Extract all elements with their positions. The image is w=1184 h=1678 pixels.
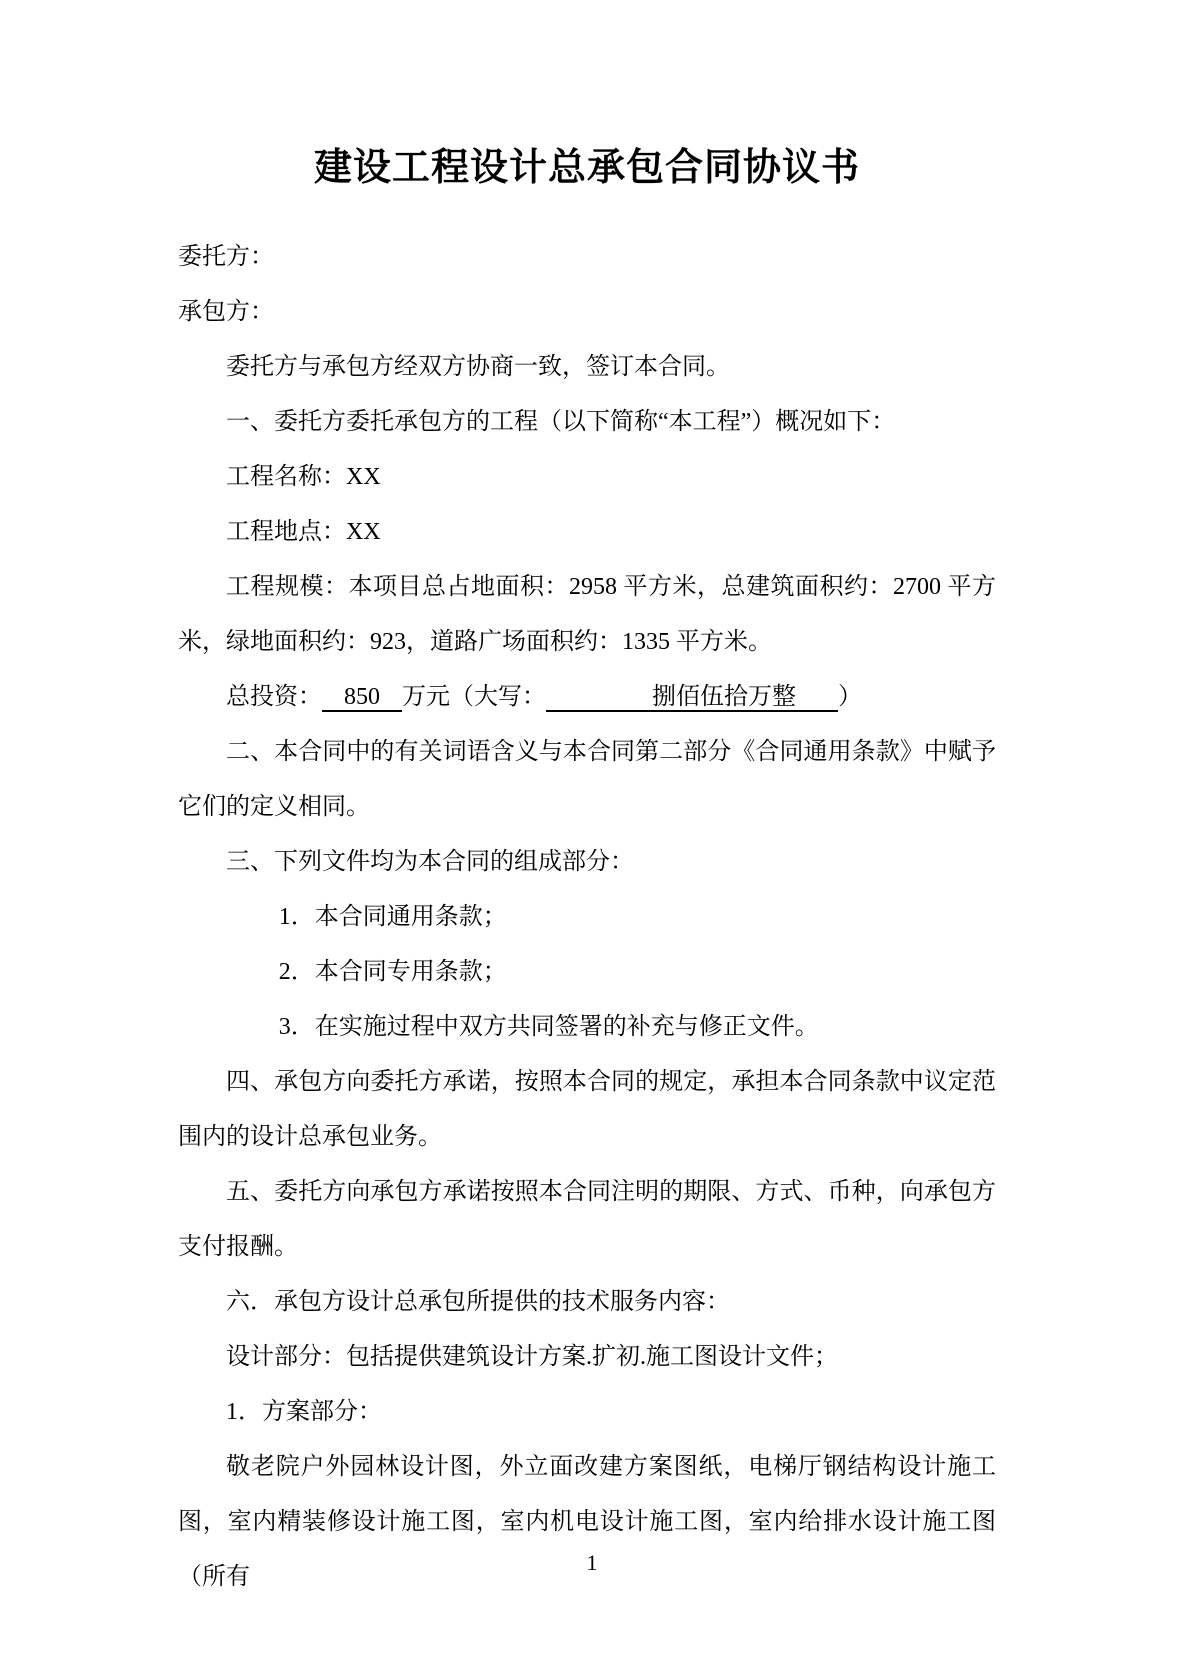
paragraph-contractor-label: 承包方： — [178, 285, 996, 340]
paragraph-project-name: 工程名称：XX — [178, 450, 996, 505]
investment-amount-words: 捌佰伍拾万整 — [546, 684, 838, 712]
document-content: 建设工程设计总承包合同协议书 委托方： 承包方： 委托方与承包方经双方协商一致，… — [178, 0, 996, 1605]
paragraph-clause-1: 一、委托方委托承包方的工程（以下简称“本工程”）概况如下： — [178, 395, 996, 450]
list-item-1: 1．本合同通用条款； — [178, 890, 996, 945]
paragraph-clause-2: 二、本合同中的有关词语含义与本合同第二部分《合同通用条款》中赋予它们的定义相同。 — [178, 725, 996, 835]
paragraph-design-scope: 设计部分：包括提供建筑设计方案.扩初.施工图设计文件； — [178, 1330, 996, 1385]
paragraph-project-scale: 工程规模：本项目总占地面积：2958 平方米，总建筑面积约：2700 平方米，绿… — [178, 560, 996, 670]
investment-unit-caps-label: 万元（大写： — [402, 684, 546, 710]
investment-amount: 850 — [322, 684, 402, 712]
paragraph-clause-6: 六．承包方设计总承包所提供的技术服务内容： — [178, 1275, 996, 1330]
investment-label: 总投资： — [226, 684, 322, 710]
paragraph-clause-5: 五、委托方向承包方承诺按照本合同注明的期限、方式、币种，向承包方支付报酬。 — [178, 1165, 996, 1275]
paragraph-clause-3: 三、下列文件均为本合同的组成部分： — [178, 835, 996, 890]
paragraph-project-location: 工程地点：XX — [178, 505, 996, 560]
paragraph-scheme-content: 敬老院户外园林设计图，外立面改建方案图纸，电梯厅钢结构设计施工图，室内精装修设计… — [178, 1440, 996, 1605]
list-item-2: 2．本合同专用条款； — [178, 945, 996, 1000]
list-item-3: 3．在实施过程中双方共同签署的补充与修正文件。 — [178, 1000, 996, 1055]
paragraph-scheme-heading: 1．方案部分： — [178, 1385, 996, 1440]
investment-close-paren: ） — [838, 684, 862, 710]
document-page: 建设工程设计总承包合同协议书 委托方： 承包方： 委托方与承包方经双方协商一致，… — [0, 0, 1184, 1678]
paragraph-clause-4: 四、承包方向委托方承诺，按照本合同的规定，承担本合同条款中议定范围内的设计总承包… — [178, 1055, 996, 1165]
investment-line: 总投资：850万元（大写：捌佰伍拾万整） — [178, 670, 996, 725]
page-number: 1 — [0, 1548, 1184, 1578]
paragraph-intro: 委托方与承包方经双方协商一致，签订本合同。 — [178, 340, 996, 395]
document-title: 建设工程设计总承包合同协议书 — [178, 136, 996, 200]
paragraph-client-label: 委托方： — [178, 230, 996, 285]
